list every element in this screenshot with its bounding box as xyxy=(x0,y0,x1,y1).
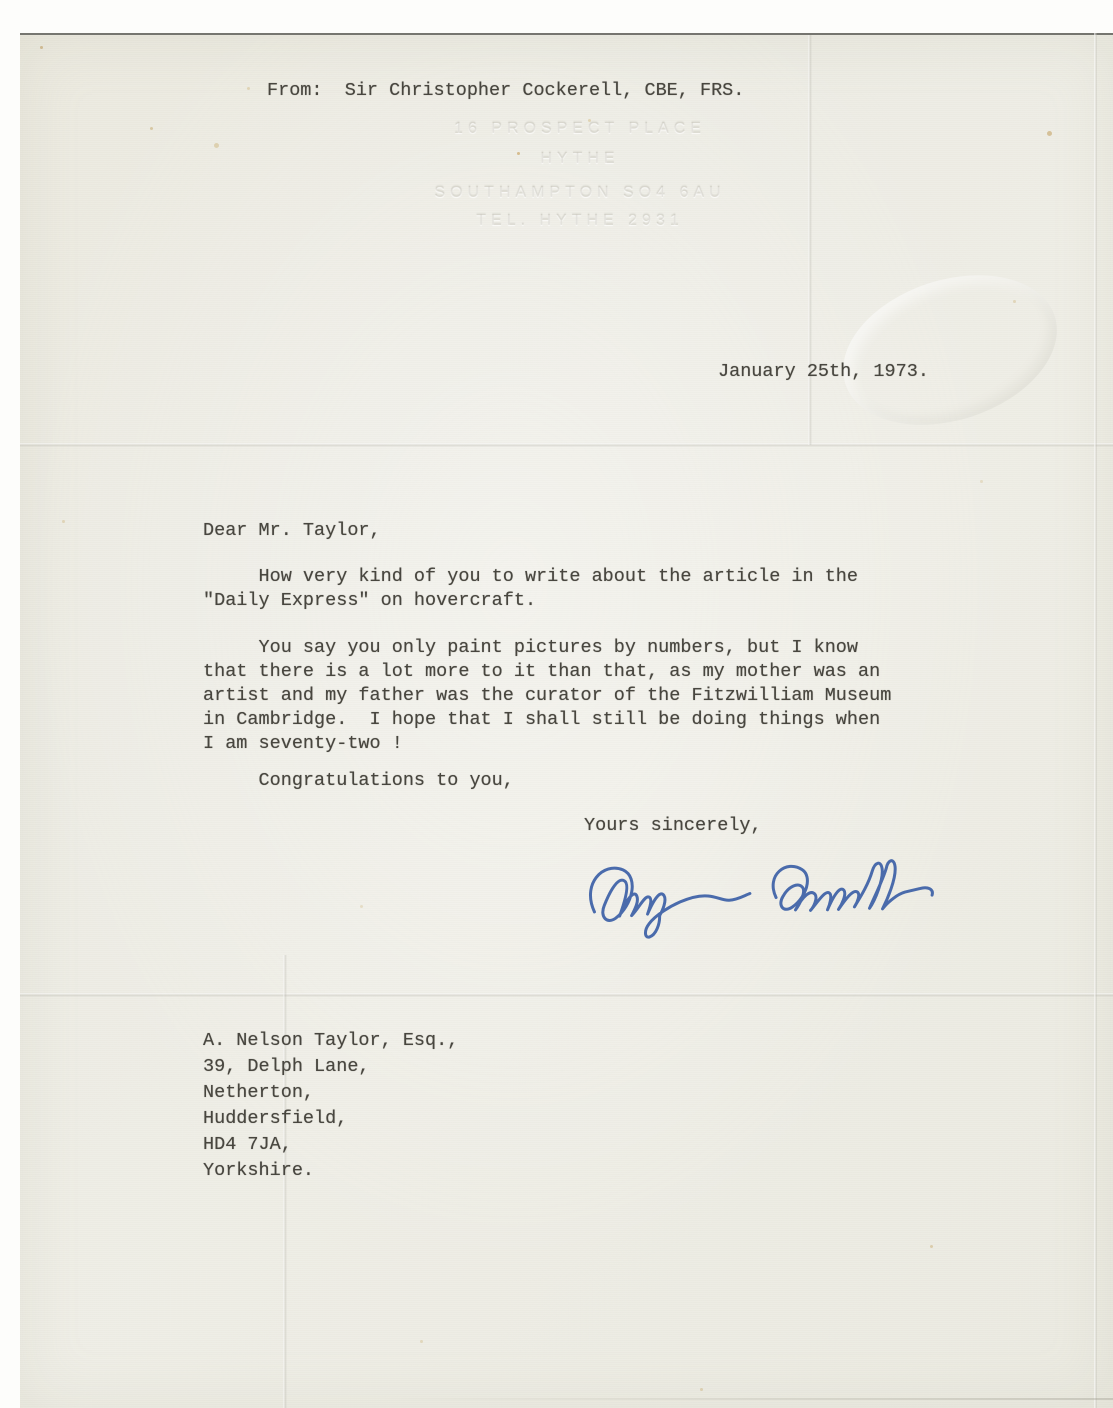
recipient-address: A. Nelson Taylor, Esq., 39, Delph Lane, … xyxy=(203,1028,458,1184)
embossed-address-line1: 16 PROSPECT PLACE xyxy=(330,120,830,138)
date-line: January 25th, 1973. xyxy=(718,360,929,384)
paper-bottom-edge xyxy=(380,1398,1113,1400)
paragraph-3: Congratulations to you, xyxy=(203,769,514,793)
fold-crease-horizontal-upper xyxy=(20,443,1113,447)
foxing-spots xyxy=(0,0,3,3)
salutation: Dear Mr. Taylor, xyxy=(203,519,381,543)
paragraph-2: You say you only paint pictures by numbe… xyxy=(203,636,891,756)
paragraph-1: How very kind of you to write about the … xyxy=(203,565,858,613)
fold-crease-horizontal-lower xyxy=(20,993,1113,997)
scanned-letter-page: From: Sir Christopher Cockerell, CBE, FR… xyxy=(0,0,1113,1408)
embossed-telephone-line: TEL. HYTHE 2931 xyxy=(330,212,830,230)
closing-line: Yours sincerely, xyxy=(584,814,762,838)
paper-right-edge xyxy=(1094,33,1097,1408)
signature xyxy=(576,840,951,953)
embossed-address-line3: SOUTHAMPTON SO4 6AU xyxy=(330,184,830,202)
typed-from-line: From: Sir Christopher Cockerell, CBE, FR… xyxy=(267,79,744,103)
embossed-address-line2: HYTHE xyxy=(330,150,830,168)
